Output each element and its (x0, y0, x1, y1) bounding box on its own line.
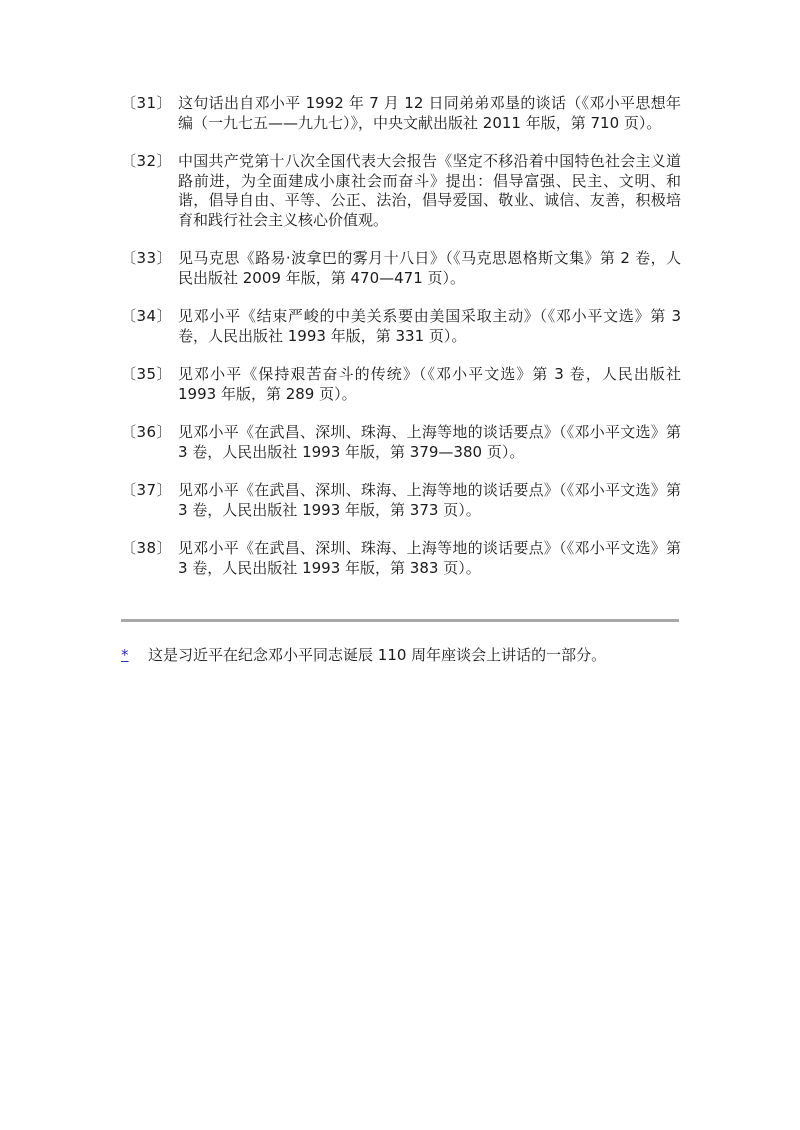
endnote-32: 〔32〕 中国共产党第十八次全国代表大会报告《坚定不移沿着中国特色社会主义道路前… (121, 152, 681, 230)
endnote-text: 这句话出自邓小平 1992 年 7 月 12 日同弟弟邓垦的谈话（《邓小平思想年… (178, 94, 681, 133)
endnote-36: 〔36〕 见邓小平《在武昌、深圳、珠海、上海等地的谈话要点》（《邓小平文选》第 … (121, 423, 681, 462)
endnote-number: 〔36〕 (121, 423, 178, 462)
footnote-link[interactable]: * (121, 645, 148, 665)
endnote-text: 见邓小平《结束严峻的中美关系要由美国采取主动》（《邓小平文选》第 3 卷，人民出… (178, 307, 681, 346)
endnote-33: 〔33〕 见马克思《路易·波拿巴的雾月十八日》（《马克思恩格斯文集》第 2 卷，… (121, 249, 681, 288)
endnote-text: 见邓小平《在武昌、深圳、珠海、上海等地的谈话要点》（《邓小平文选》第 3 卷，人… (178, 481, 681, 520)
endnote-text: 见马克思《路易·波拿巴的雾月十八日》（《马克思恩格斯文集》第 2 卷，人民出版社… (178, 249, 681, 288)
endnote-38: 〔38〕 见邓小平《在武昌、深圳、珠海、上海等地的谈话要点》（《邓小平文选》第 … (121, 539, 681, 578)
endnote-35: 〔35〕 见邓小平《保持艰苦奋斗的传统》（《邓小平文选》第 3 卷，人民出版社 … (121, 365, 681, 404)
endnote-text: 见邓小平《保持艰苦奋斗的传统》（《邓小平文选》第 3 卷，人民出版社 1993 … (178, 365, 681, 404)
endnote-number: 〔33〕 (121, 249, 178, 288)
endnote-number: 〔32〕 (121, 152, 178, 230)
endnote-number: 〔37〕 (121, 481, 178, 520)
endnote-37: 〔37〕 见邓小平《在武昌、深圳、珠海、上海等地的谈话要点》（《邓小平文选》第 … (121, 481, 681, 520)
footnote: * 这是习近平在纪念邓小平同志诞辰 110 周年座谈会上讲话的一部分。 (121, 645, 681, 665)
endnote-number: 〔34〕 (121, 307, 178, 346)
endnotes-list: 〔31〕 这句话出自邓小平 1992 年 7 月 12 日同弟弟邓垦的谈话（《邓… (121, 94, 681, 597)
endnote-31: 〔31〕 这句话出自邓小平 1992 年 7 月 12 日同弟弟邓垦的谈话（《邓… (121, 94, 681, 133)
endnote-number: 〔38〕 (121, 539, 178, 578)
endnote-text: 见邓小平《在武昌、深圳、珠海、上海等地的谈话要点》（《邓小平文选》第 3 卷，人… (178, 423, 681, 462)
endnote-34: 〔34〕 见邓小平《结束严峻的中美关系要由美国采取主动》（《邓小平文选》第 3 … (121, 307, 681, 346)
endnote-number: 〔31〕 (121, 94, 178, 133)
endnote-text: 见邓小平《在武昌、深圳、珠海、上海等地的谈话要点》（《邓小平文选》第 3 卷，人… (178, 539, 681, 578)
footnote-text: 这是习近平在纪念邓小平同志诞辰 110 周年座谈会上讲话的一部分。 (148, 645, 681, 665)
endnote-number: 〔35〕 (121, 365, 178, 404)
footnote-divider (121, 619, 679, 622)
endnote-text: 中国共产党第十八次全国代表大会报告《坚定不移沿着中国特色社会主义道路前进，为全面… (178, 152, 681, 230)
